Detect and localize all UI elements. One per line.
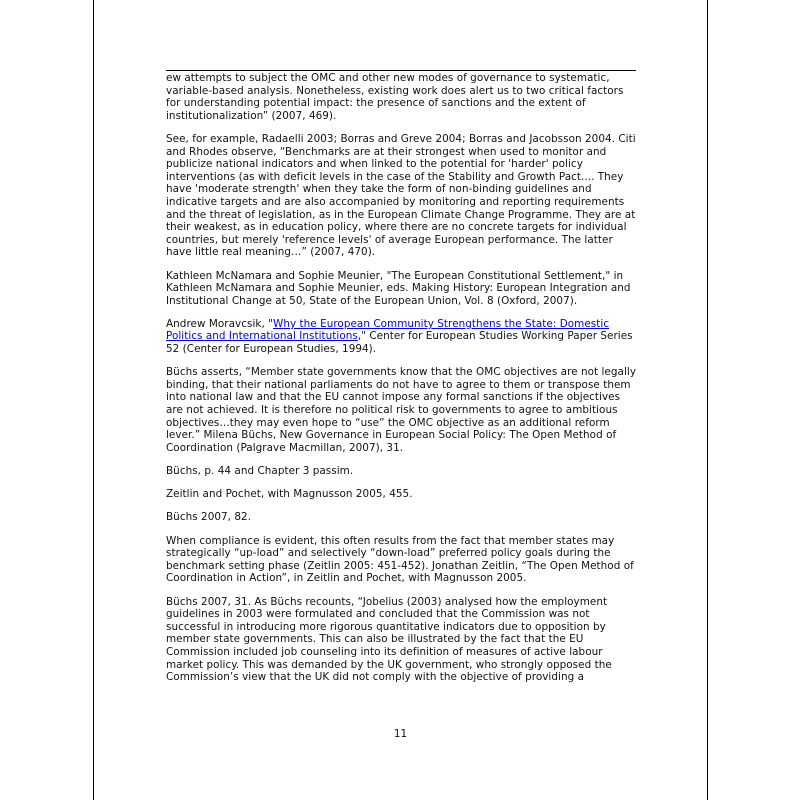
footnote: When compliance is evident, this often r… bbox=[166, 535, 638, 585]
footnote-separator bbox=[166, 70, 636, 71]
footnote-prefix: Andrew Moravcsik, " bbox=[166, 318, 273, 330]
page-number: 11 bbox=[94, 728, 707, 740]
footnote: Büchs 2007, 31. As Büchs recounts, “Jobe… bbox=[166, 596, 638, 684]
footnote: See, for example, Radaelli 2003; Borras … bbox=[166, 133, 638, 259]
footnotes-area: ew attempts to subject the OMC and other… bbox=[166, 70, 638, 694]
footnote: Büchs, p. 44 and Chapter 3 passim. bbox=[166, 465, 638, 478]
footnote: Andrew Moravcsik, "Why the European Comm… bbox=[166, 318, 638, 356]
footnote: Büchs 2007, 82. bbox=[166, 511, 638, 524]
footnote: Kathleen McNamara and Sophie Meunier, "T… bbox=[166, 270, 638, 308]
document-viewport: ew attempts to subject the OMC and other… bbox=[0, 0, 800, 800]
footnote: Büchs asserts, “Member state governments… bbox=[166, 366, 638, 454]
footnote: ew attempts to subject the OMC and other… bbox=[166, 72, 638, 122]
footnote: Zeitlin and Pochet, with Magnusson 2005,… bbox=[166, 488, 638, 501]
document-page: ew attempts to subject the OMC and other… bbox=[93, 0, 708, 800]
